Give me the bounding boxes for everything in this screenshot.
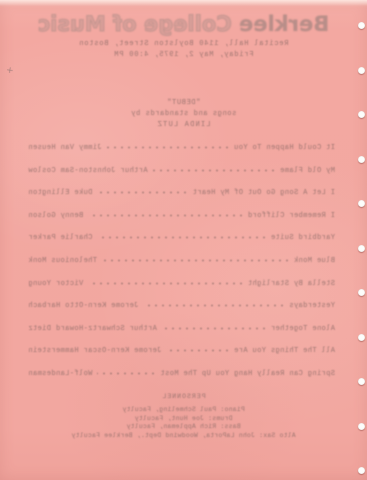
- personnel-line: Piano: Paul Schmeling, Faculty: [0, 406, 367, 415]
- program-row: Yardbird SuiteCharlie Parker: [28, 232, 335, 245]
- program-row: All The Things You AreJerome Kern-Oscar …: [28, 345, 335, 358]
- program-row: It Could Happen To YouJimmy Van Heusen: [28, 142, 335, 155]
- song-title: I Remember Clifford: [248, 212, 335, 220]
- datetime-line: Friday, May 2, 1975, 4:00 PM: [0, 51, 367, 59]
- dotted-leader: [97, 187, 187, 194]
- dotted-leader: [166, 345, 228, 352]
- program-row: My Old FlameArthur Johnston-Sam Coslow: [28, 165, 335, 178]
- song-title: Yardbird Suite: [271, 234, 335, 242]
- song-title: All The Things You Are: [234, 347, 335, 355]
- program-subtitle: songs and standards by: [0, 109, 367, 120]
- personnel-line: Alto Sax: John LaPorta, Woodwind Dept., …: [0, 432, 367, 441]
- composer-name: Thelonious Monk: [28, 257, 97, 265]
- dotted-leader: [97, 368, 155, 375]
- personnel-line: Bass: Rich Appleman, Faculty: [0, 423, 367, 432]
- composer-name: Arthur Johnston-Sam Coslow: [28, 167, 148, 175]
- song-title: My Old Flame: [280, 167, 335, 175]
- personnel-heading: PERSONNEL: [0, 393, 367, 400]
- composer-name: Jimmy Van Heusen: [28, 144, 102, 152]
- composer-name: Duke Ellington: [28, 189, 92, 197]
- dotted-leader: [153, 165, 275, 172]
- berklee-logo: Berklee College of Music: [0, 12, 367, 36]
- personnel-block: PERSONNEL Piano: Paul Schmeling, Faculty…: [0, 393, 367, 440]
- punch-hole-strip: [353, 0, 367, 480]
- punch-hole: [358, 245, 365, 252]
- composer-name: Wolf-Landesman: [28, 370, 92, 378]
- mirrored-bleed-through-content: Berklee College of Music Recital Hall, 1…: [0, 0, 367, 480]
- punch-hole: [358, 67, 365, 74]
- punch-hole: [358, 289, 365, 296]
- logo-college-of-music-outline: College of Music: [38, 12, 232, 36]
- program-row: I Let A Song Go Out Of My HeartDuke Elli…: [28, 187, 335, 200]
- composer-name: Charlie Parker: [28, 234, 92, 242]
- program-list: It Could Happen To YouJimmy Van HeusenMy…: [28, 142, 335, 391]
- punch-hole: [358, 334, 365, 341]
- punch-hole: [358, 200, 365, 207]
- personnel-lines: Piano: Paul Schmeling, FacultyDrums: Joe…: [0, 406, 367, 440]
- program-row: Blue MonkThelonious Monk: [28, 255, 335, 268]
- dotted-leader: [162, 323, 266, 330]
- song-title: It Could Happen To You: [234, 144, 335, 152]
- title-block: "DEBUT" songs and standards by LINDA LUT…: [0, 98, 367, 131]
- program-row: Alone TogetherArthur Schwartz-Howard Die…: [28, 323, 335, 336]
- composer-name: Arthur Schwartz-Howard Dietz: [28, 325, 157, 333]
- punch-hole: [358, 111, 365, 118]
- program-row: I Remember CliffordBenny Golson: [28, 210, 335, 223]
- venue-line: Recital Hall, 1140 Boylston Street, Bost…: [0, 40, 367, 48]
- song-title: Stella By Starlight: [248, 280, 335, 288]
- program-title: "DEBUT": [0, 98, 367, 109]
- composer-name: Jerome Kern-Otto Harbach: [28, 302, 138, 310]
- punch-hole: [358, 467, 365, 474]
- dotted-leader: [97, 232, 265, 239]
- song-title: Blue Monk: [294, 257, 335, 265]
- song-title: Spring Can Really Hang You Up The Most: [160, 370, 335, 378]
- punch-hole: [358, 378, 365, 385]
- dotted-leader: [88, 278, 242, 285]
- punch-hole: [358, 22, 365, 29]
- song-title: I Let A Song Go Out Of My Heart: [192, 189, 335, 197]
- pencil-mark: +: [5, 65, 15, 76]
- song-title: Yesterdays: [289, 302, 335, 310]
- composer-name: Benny Golson: [28, 212, 83, 220]
- song-title: Alone Together: [271, 325, 335, 333]
- dotted-leader: [88, 210, 242, 217]
- dotted-leader: [102, 255, 289, 262]
- program-row: YesterdaysJerome Kern-Otto Harbach: [28, 300, 335, 313]
- scanned-pink-paper: Berklee College of Music Recital Hall, 1…: [0, 0, 367, 480]
- composer-name: Jerome Kern-Oscar Hammerstein: [28, 347, 161, 355]
- performer-name: LINDA LUTZ: [0, 120, 367, 131]
- personnel-line: Drums: Joe Hunt, Faculty: [0, 415, 367, 424]
- dotted-leader: [107, 142, 229, 149]
- program-row: Stella By StarlightVictor Young: [28, 278, 335, 291]
- dotted-leader: [143, 300, 284, 307]
- punch-hole: [358, 156, 365, 163]
- logo-berklee-bold: Berklee: [239, 12, 329, 36]
- composer-name: Victor Young: [28, 280, 83, 288]
- punch-hole: [358, 423, 365, 430]
- program-row: Spring Can Really Hang You Up The MostWo…: [28, 368, 335, 381]
